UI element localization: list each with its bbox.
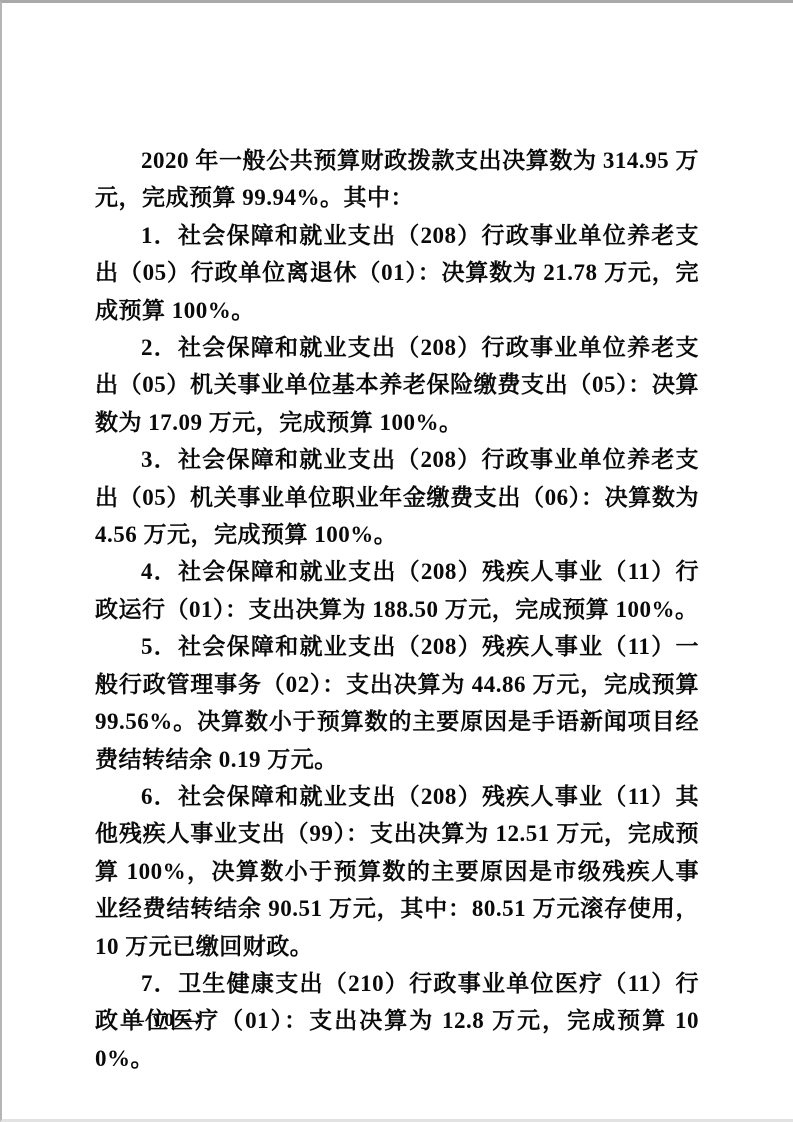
paragraph-item-6: 6．社会保障和就业支出（208）残疾人事业（11）其他残疾人事业支出（99）：支… bbox=[95, 778, 699, 965]
paragraph-item-2: 2．社会保障和就业支出（208）行政事业单位养老支出（05）机关事业单位基本养老… bbox=[95, 329, 699, 441]
page-number: — 10 — bbox=[125, 1010, 204, 1032]
document-page: 2020 年一般公共预算财政拨款支出决算数为 314.95 万元，完成预算 99… bbox=[0, 0, 793, 1122]
paragraph-item-4: 4．社会保障和就业支出（208）残疾人事业（11）行政运行（01）：支出决算为 … bbox=[95, 553, 699, 628]
paragraph-item-1: 1．社会保障和就业支出（208）行政事业单位养老支出（05）行政单位离退休（01… bbox=[95, 217, 699, 329]
paragraph-item-3: 3．社会保障和就业支出（208）行政事业单位养老支出（05）机关事业单位职业年金… bbox=[95, 441, 699, 553]
document-body: 2020 年一般公共预算财政拨款支出决算数为 314.95 万元，完成预算 99… bbox=[95, 142, 699, 1077]
paragraph-item-5: 5．社会保障和就业支出（208）残疾人事业（11）一般行政管理事务（02）：支出… bbox=[95, 628, 699, 778]
paragraph-intro: 2020 年一般公共预算财政拨款支出决算数为 314.95 万元，完成预算 99… bbox=[95, 142, 699, 217]
